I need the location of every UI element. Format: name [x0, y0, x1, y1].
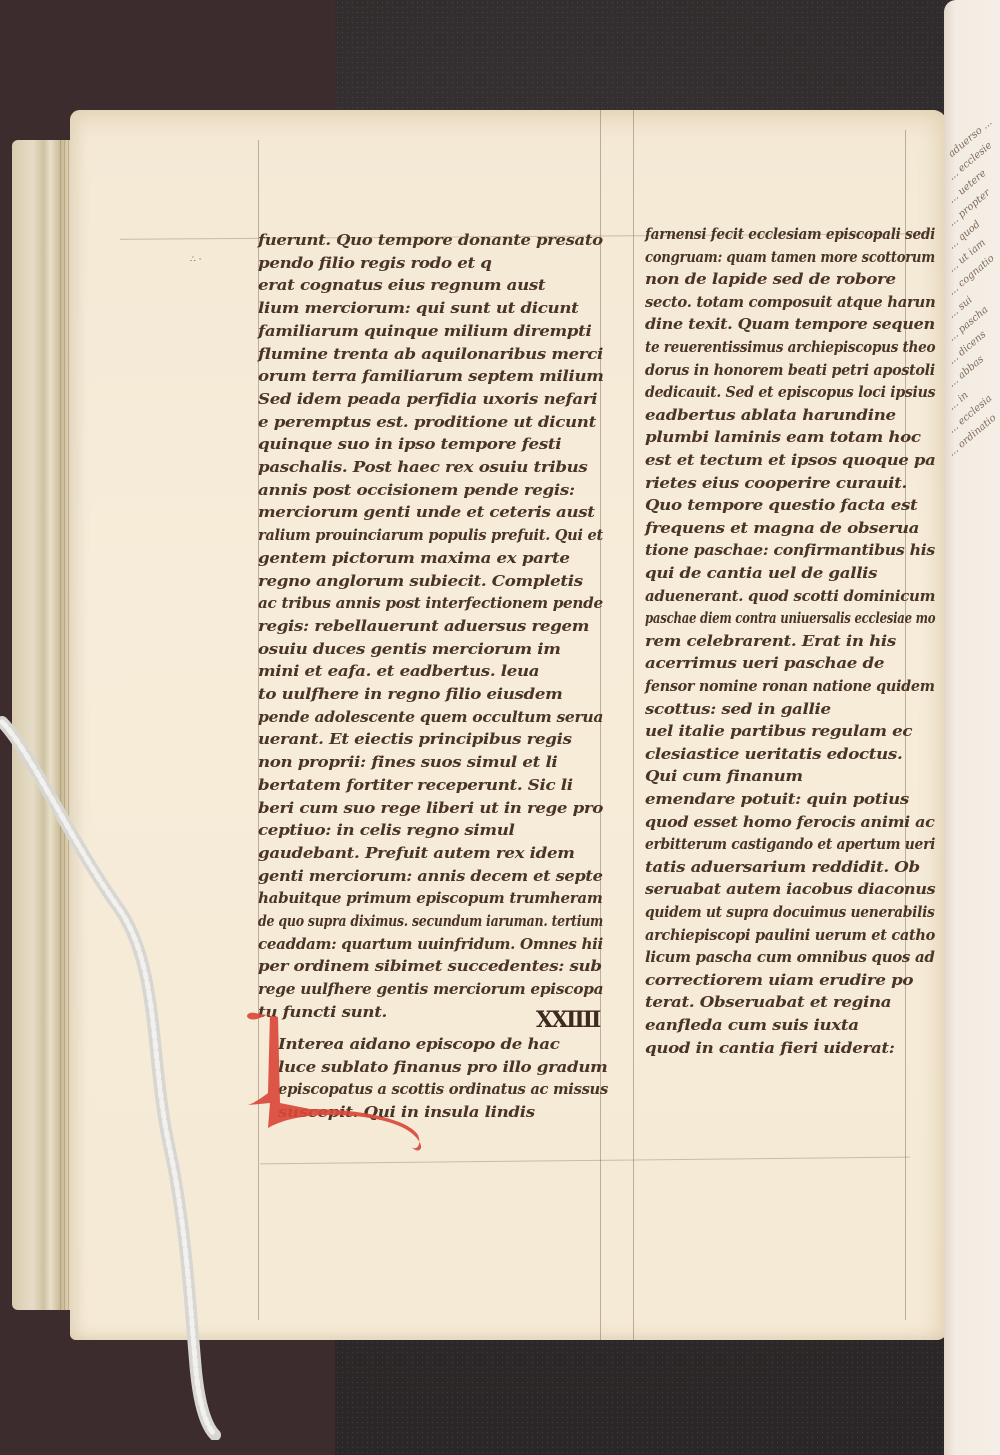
text-line: aduenerant. quod scotti dominicum	[645, 588, 935, 605]
text-line: regis: rebellauerunt aduersus regem	[258, 618, 589, 635]
text-line: beri cum suo rege liberi ut in rege pro	[258, 800, 603, 817]
text-line: fuerunt. Quo tempore donante presato	[258, 232, 603, 249]
ruling-line	[633, 110, 634, 1340]
text-line: dedicauit. Sed et episcopus loci ipsius	[645, 384, 935, 401]
text-line: archiepiscopi paulini uerum et catho	[645, 927, 935, 944]
text-line: annis post occisionem pende regis:	[258, 482, 575, 499]
string-bookmark	[0, 700, 230, 1440]
chapter-numeral: XXIIII	[536, 1007, 599, 1033]
text-line: erat cognatus eius regnum aust	[258, 277, 545, 294]
text-line: plumbi laminis eam totam hoc	[645, 429, 921, 446]
text-line: non de lapide sed de robore	[645, 271, 896, 288]
text-line: gentem pictorum maxima ex parte	[258, 550, 570, 567]
text-line: paschae diem contra uniuersalis ecclesia…	[645, 610, 935, 627]
text-line: bertatem fortiter receperunt. Sic li	[258, 777, 573, 794]
facing-page-text: aduerso ...... ecclesie... uetere... pro…	[950, 150, 1000, 472]
text-line: te reuerentissimus archiepiscopus theo	[645, 339, 935, 356]
text-line: ceaddam: quartum uuinfridum. Omnes hii	[258, 936, 603, 953]
text-line: eadbertus ablata harundine	[645, 407, 896, 424]
text-line: clesiastice ueritatis edoctus.	[645, 746, 902, 763]
text-line: farnensi fecit ecclesiam episcopali sedi	[645, 226, 935, 243]
text-line: tatis aduersarium reddidit. Ob	[645, 859, 920, 876]
text-line: quidem ut supra docuimus uenerabilis	[645, 904, 935, 921]
text-line: terat. Obseruabat et regina	[645, 994, 891, 1011]
facing-page-edge: aduerso ...... ecclesie... uetere... pro…	[944, 0, 1000, 1455]
text-line: to uulfhere in regno filio eiusdem	[258, 686, 562, 703]
ink-specks: ∴ ·	[190, 255, 201, 265]
text-line: familiarum quinque milium dirempti	[258, 323, 591, 340]
text-line: seruabat autem iacobus diaconus	[645, 881, 935, 898]
text-line: fensor nomine ronan natione quidem	[645, 678, 935, 695]
text-line: frequens et magna de obserua	[645, 520, 919, 537]
text-line: rietes eius cooperire curauit.	[645, 475, 907, 492]
text-line: est et tectum et ipsos quoque pa	[645, 452, 935, 469]
text-line: tione paschae: confirmantibus his	[645, 542, 935, 559]
text-line: emendare potuit: quin potius	[645, 791, 909, 808]
text-line: ac tribus annis post interfectionem pend…	[258, 595, 603, 612]
text-line: regno anglorum subiecit. Completis	[258, 573, 583, 590]
text-line: genti merciorum: annis decem et septe	[258, 868, 603, 885]
text-line: erbitterum castigando et apertum ueri	[645, 836, 935, 853]
text-line: Sed idem peada perfidia uxoris nefari	[258, 391, 597, 408]
text-line: osuiu duces gentis merciorum im	[258, 641, 561, 658]
text-line: uerant. Et eiectis principibus regis	[258, 731, 572, 748]
text-line: ralium prouinciarum populis prefuit. Qui…	[258, 527, 603, 544]
text-line: merciorum genti unde et ceteris aust	[258, 504, 595, 521]
text-line: eanfleda cum suis iuxta	[645, 1017, 859, 1034]
text-line: non proprii: fines suos simul et li	[258, 754, 557, 771]
text-line: rege uulfhere gentis merciorum episcopa	[258, 981, 603, 998]
text-line: dorus in honorem beati petri apostoli	[645, 362, 935, 379]
text-line: ceptiuo: in celis regno simul	[258, 822, 514, 839]
text-line: quinque suo in ipso tempore festi	[258, 436, 561, 453]
text-line: correctiorem uiam erudire po	[645, 972, 913, 989]
text-line: uel italie partibus regulam ec	[645, 723, 912, 740]
text-line: quod esset homo ferocis animi ac	[645, 814, 935, 831]
text-line: Quo tempore questio facta est	[645, 497, 917, 514]
red-initial-letter-l	[240, 1003, 440, 1153]
text-line: de quo supra diximus. secundum iaruman. …	[258, 913, 603, 930]
text-line: scottus: sed in gallie	[645, 701, 831, 718]
text-line: acerrimus ueri paschae de	[645, 655, 884, 672]
text-line: gaudebant. Prefuit autem rex idem	[258, 845, 575, 862]
text-line: per ordinem sibimet succedentes: sub	[258, 958, 602, 975]
ruling-line	[260, 1157, 910, 1165]
text-line: pendo filio regis rodo et q	[258, 255, 492, 272]
text-line: Qui cum finanum	[645, 768, 803, 785]
text-line: habuitque primum episcopum trumheram	[258, 890, 602, 907]
text-line: mini et eafa. et eadbertus. leua	[258, 663, 539, 680]
text-line: e peremptus est. proditione ut dicunt	[258, 414, 596, 431]
text-line: lium merciorum: qui sunt ut dicunt	[258, 300, 578, 317]
text-line: flumine trenta ab aquilonaribus merci	[258, 346, 603, 363]
text-line: rem celebrarent. Erat in his	[645, 633, 896, 650]
text-line: secto. totam composuit atque harun	[645, 294, 935, 311]
text-line: licum pascha cum omnibus quos ad	[645, 949, 935, 966]
text-line: quod in cantia fieri uiderat:	[645, 1040, 895, 1057]
text-line: orum terra familiarum septem milium	[258, 368, 604, 385]
text-line: dine texit. Quam tempore sequen	[645, 316, 935, 333]
text-line: congruam: quam tamen more scottorum	[645, 249, 935, 266]
text-line: qui de cantia uel de gallis	[645, 565, 877, 582]
text-line: pende adolescente quem occultum serua	[258, 709, 603, 726]
text-line: paschalis. Post haec rex osuiu tribus	[258, 459, 587, 476]
